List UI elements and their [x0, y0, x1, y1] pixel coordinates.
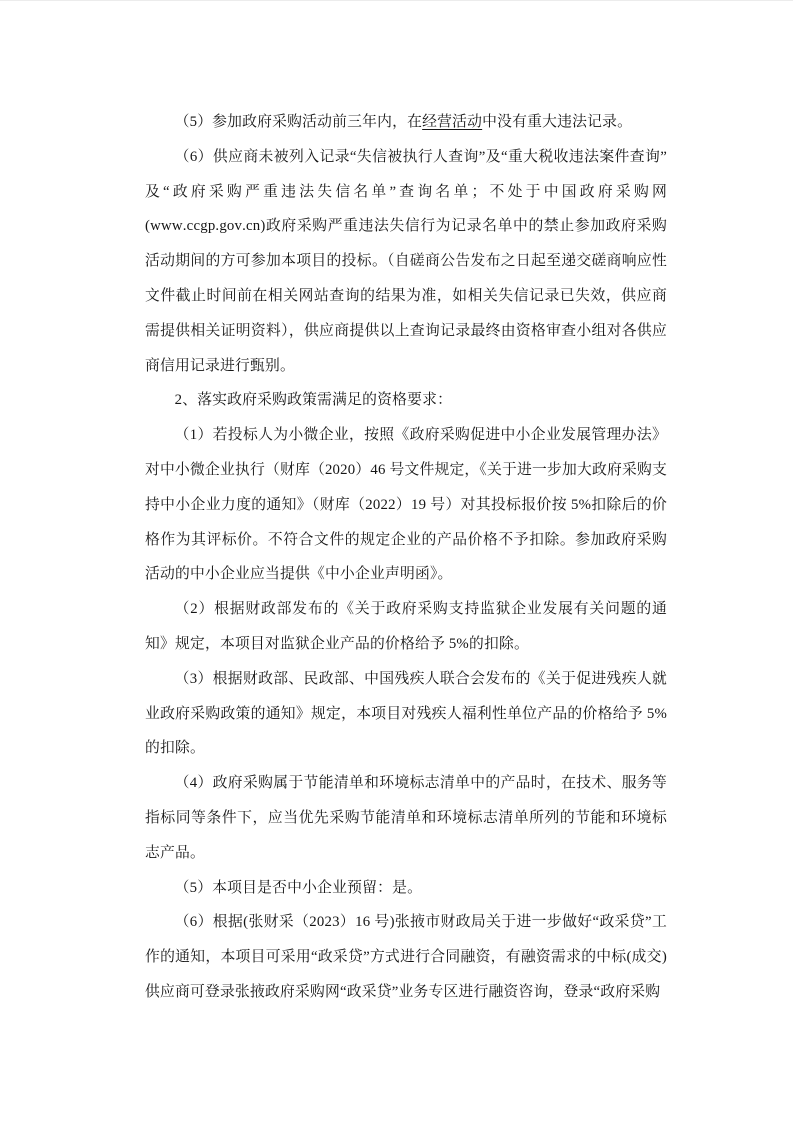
paragraph-policy-1-sme-deduction: （1）若投标人为小微企业，按照《政府采购促进中小企业发展管理办法》对中小微企业执…: [145, 418, 667, 592]
paragraph-policy-4-energy-saving: （4）政府采购属于节能清单和环境标志清单中的产品时，在技术、服务等指标同等条件下…: [145, 766, 667, 870]
document-page: （5）参加政府采购活动前三年内，在经营活动中没有重大违法记录。（6）供应商未被列…: [0, 0, 793, 1122]
document-body: （5）参加政府采购活动前三年内，在经营活动中没有重大违法记录。（6）供应商未被列…: [145, 105, 667, 1010]
text-segment: 2、落实政府采购政策需满足的资格要求：: [175, 392, 453, 408]
paragraph-policy-2-prison-enterprise: （2）根据财政部发布的《关于政府采购支持监狱企业发展有关问题的通知》规定，本项目…: [145, 592, 667, 662]
paragraph-policy-5-sme-reserved: （5）本项目是否中小企业预留：是。: [145, 871, 667, 906]
paragraph-policy-3-disabled-welfare: （3）根据财政部、民政部、中国残疾人联合会发布的《关于促进残疾人就业政府采购政策…: [145, 662, 667, 766]
text-segment: （1）若投标人为小微企业，按照《政府采购促进中小企业发展管理办法》对中小微企业执…: [145, 427, 667, 582]
text-segment: （6）根据(张财采（2023）16 号)张掖市财政局关于进一步做好“政采贷”工作…: [145, 914, 667, 1000]
paragraph-item-6-credit-check: （6）供应商未被列入记录“失信被执行人查询”及“重大税收违法案件查询”及“政府采…: [145, 140, 667, 384]
text-segment: 中没有重大违法记录。: [482, 114, 632, 130]
paragraph-section-2-heading: 2、落实政府采购政策需满足的资格要求：: [145, 383, 667, 418]
text-segment: （5）参加政府采购活动前三年内，在: [175, 114, 423, 130]
underlined-text: 经营活动: [422, 114, 482, 130]
text-segment: （5）本项目是否中小企业预留：是。: [175, 880, 423, 896]
paragraph-policy-6-procurement-loan: （6）根据(张财采（2023）16 号)张掖市财政局关于进一步做好“政采贷”工作…: [145, 905, 667, 1009]
text-segment: （2）根据财政部发布的《关于政府采购支持监狱企业发展有关问题的通知》规定，本项目…: [145, 601, 667, 652]
text-segment: （6）供应商未被列入记录“失信被执行人查询”及“重大税收违法案件查询”及“政府采…: [145, 149, 667, 374]
paragraph-item-5-no-violation: （5）参加政府采购活动前三年内，在经营活动中没有重大违法记录。: [145, 105, 667, 140]
text-segment: （4）政府采购属于节能清单和环境标志清单中的产品时，在技术、服务等指标同等条件下…: [145, 775, 667, 861]
text-segment: （3）根据财政部、民政部、中国残疾人联合会发布的《关于促进残疾人就业政府采购政策…: [145, 671, 667, 757]
